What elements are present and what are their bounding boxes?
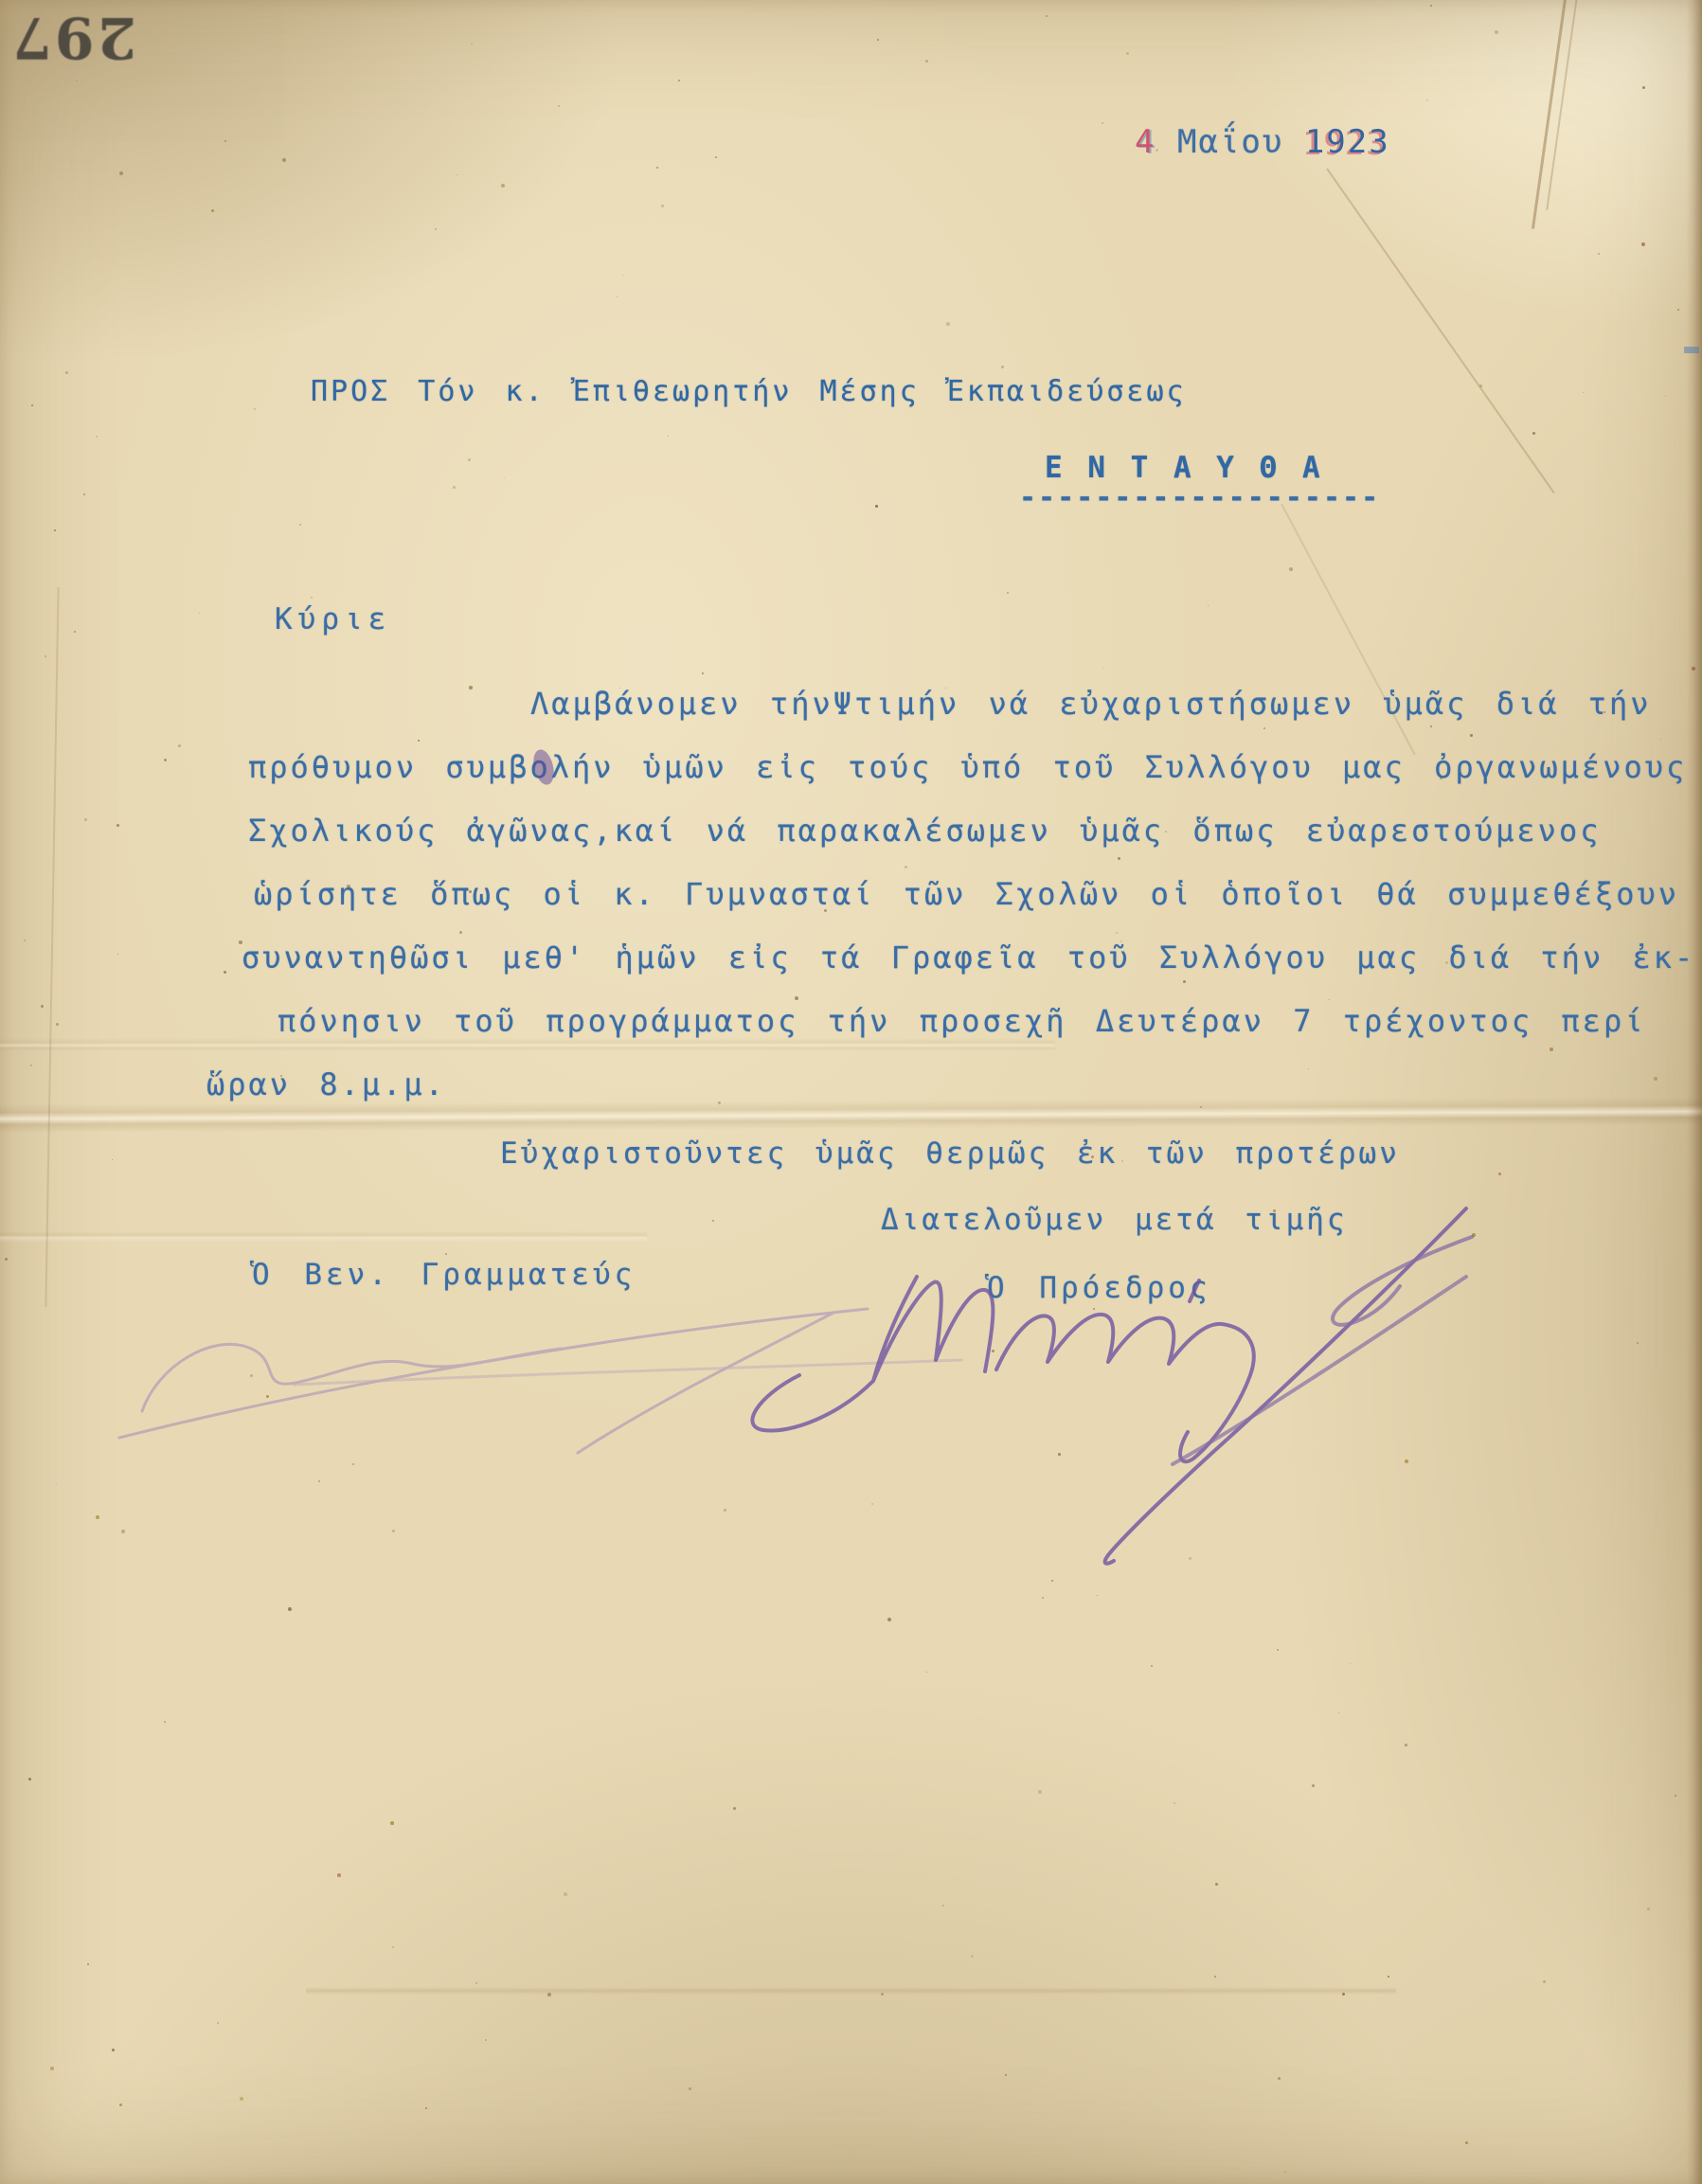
date-day: 4 xyxy=(1135,123,1156,161)
body-line: πρόθυμον συμβολήν ὑμῶν εἰς τούς ὑπό τοῦ … xyxy=(204,736,1681,799)
secretary-title: Ὁ Βεν. Γραμματεύς xyxy=(252,1258,636,1292)
scanned-letter-page: 297 4 Μαΐου 1923 ΠΡΟΣ Τόν κ. Ἐπιθεωρητήν… xyxy=(0,0,1702,2184)
recipient-line: ΠΡΟΣ Τόν κ. Ἐπιθεωρητήν Μέσης Ἐκπαιδεύσε… xyxy=(311,375,1187,408)
date-year: 1923 xyxy=(1305,123,1390,161)
body-line: Σχολικούς ἀγῶνας,καί νά παρακαλέσωμεν ὑμ… xyxy=(204,799,1681,863)
location-line: Ε Ν Τ Α Υ Θ Α xyxy=(1045,451,1324,485)
closing-salute-line: Διατελοῦμεν μετά τιμῆς xyxy=(881,1203,1348,1237)
archive-page-number: 297 xyxy=(9,4,136,70)
body-line: συναντηθῶσι μεθ' ἡμῶν εἰς τά Γραφεῖα τοῦ… xyxy=(204,926,1681,990)
closing-courtesy-line: Εὐχαριστοῦντες ὑμᾶς θερμῶς ἐκ τῶν προτέρ… xyxy=(500,1137,1400,1171)
body-line: Λαμβάνομεν τήνΨτιμήν νά εὐχαριστήσωμεν ὑ… xyxy=(204,672,1681,736)
president-title: Ὁ Πρόεδρος xyxy=(987,1271,1211,1305)
body-line: ὥραν 8.μ.μ. xyxy=(204,1053,1681,1117)
location-underline: ------------------- xyxy=(1019,481,1380,514)
salutation: Κύριε xyxy=(275,602,391,636)
body-line: ὡρίσητε ὅπως οἱ κ. Γυμνασταί τῶν Σχολῶν … xyxy=(204,863,1681,926)
letter-body: Λαμβάνομεν τήνΨτιμήν νά εὐχαριστήσωμεν ὑ… xyxy=(204,672,1681,1117)
date-month: Μαΐου xyxy=(1177,123,1283,161)
letter-date: 4 Μαΐου 1923 xyxy=(1135,123,1390,161)
body-line: πόνησιν τοῦ προγράμματος τήν προσεχῆ Δευ… xyxy=(204,990,1681,1053)
